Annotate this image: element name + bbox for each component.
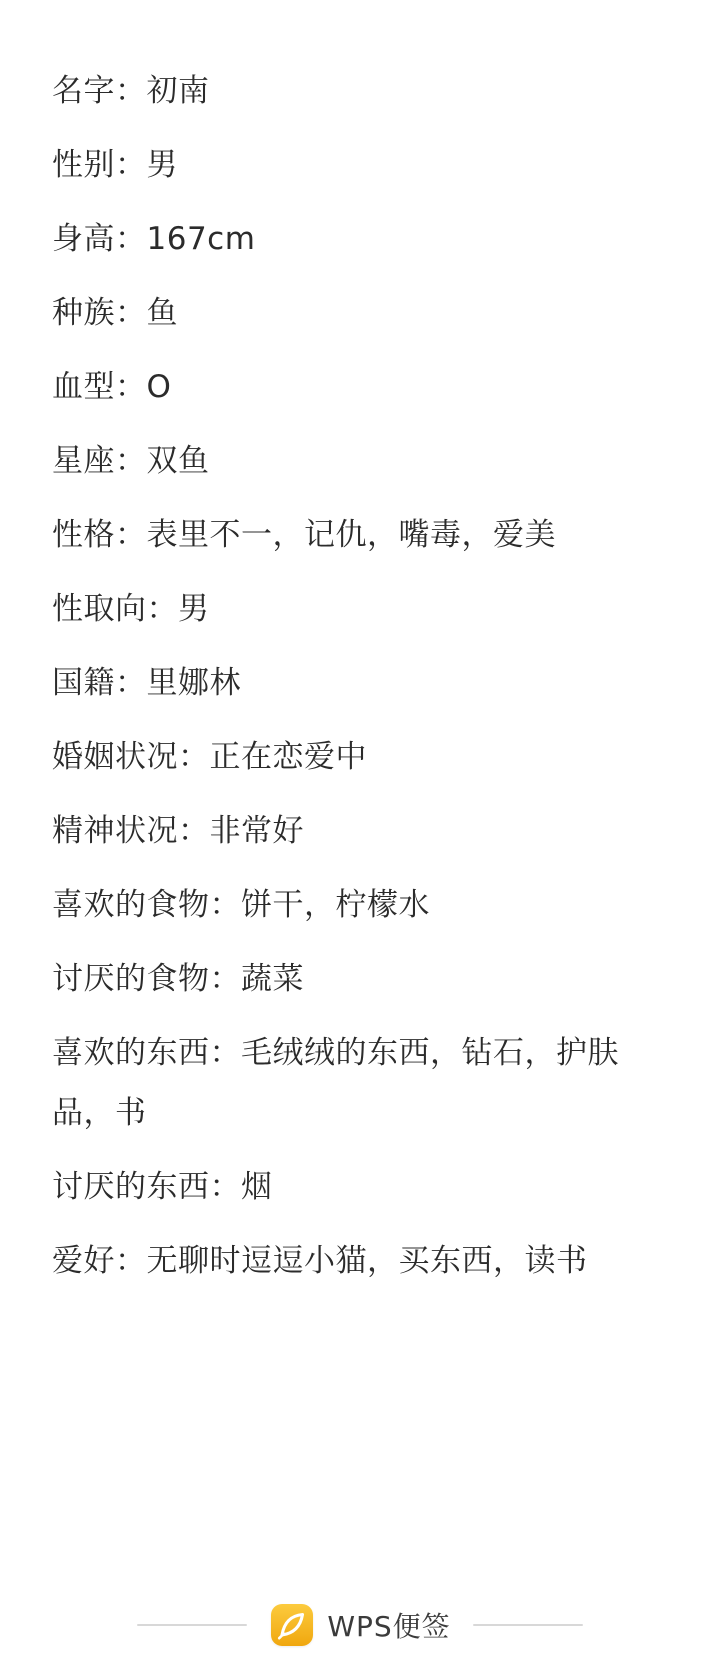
field-colon: ： [115, 1243, 147, 1279]
field-value: 烟 [241, 1169, 273, 1205]
footer-brand-bar: WPS便签 [0, 1602, 720, 1648]
note-share-card: 名字：初南 性别：男 身高：167cm 种族：鱼 血型：O 星座：双鱼 性格：表… [0, 0, 720, 1680]
note-field: 星座：双鱼 [52, 431, 642, 491]
field-value: 无聊时逗逗小猫，买东西，读书 [147, 1243, 588, 1279]
field-colon: ： [178, 813, 210, 849]
note-field: 讨厌的东西：烟 [52, 1157, 642, 1217]
field-label: 精神状况 [52, 813, 178, 849]
field-label: 婚姻状况 [52, 739, 178, 775]
note-field: 血型：O [52, 357, 642, 417]
field-value: 饼干，柠檬水 [241, 887, 430, 923]
note-field: 爱好：无聊时逗逗小猫，买东西，读书 [52, 1231, 642, 1291]
field-colon: ： [115, 147, 147, 183]
field-colon: ： [115, 517, 147, 553]
field-label: 性别 [52, 147, 115, 183]
field-value: 非常好 [210, 813, 305, 849]
field-label: 性取向 [52, 591, 147, 627]
field-colon: ： [115, 295, 147, 331]
wps-notes-leaf-icon [271, 1604, 313, 1646]
field-colon: ： [115, 443, 147, 479]
field-label: 血型 [52, 369, 115, 405]
note-content: 名字：初南 性别：男 身高：167cm 种族：鱼 血型：O 星座：双鱼 性格：表… [52, 61, 642, 1305]
note-field: 国籍：里娜林 [52, 653, 642, 713]
field-value: O [147, 369, 172, 405]
field-value: 男 [178, 591, 210, 627]
note-field-list: 名字：初南 性别：男 身高：167cm 种族：鱼 血型：O 星座：双鱼 性格：表… [52, 61, 642, 1291]
brand-name: WPS便签 [327, 1605, 450, 1645]
field-label: 爱好 [52, 1243, 115, 1279]
right-divider-line [473, 1624, 583, 1626]
field-label: 喜欢的食物 [52, 887, 210, 923]
note-field: 性别：男 [52, 135, 642, 195]
field-value: 167cm [147, 221, 256, 257]
field-value: 表里不一，记仇，嘴毒，爱美 [147, 517, 557, 553]
note-field: 性格：表里不一，记仇，嘴毒，爱美 [52, 505, 642, 565]
field-value: 双鱼 [147, 443, 210, 479]
field-colon: ： [115, 221, 147, 257]
field-colon: ： [115, 665, 147, 701]
field-colon: ： [178, 739, 210, 775]
note-field: 身高：167cm [52, 209, 642, 269]
field-label: 性格 [52, 517, 115, 553]
field-label: 讨厌的东西 [52, 1169, 210, 1205]
field-colon: ： [210, 961, 242, 997]
field-value: 蔬菜 [241, 961, 304, 997]
field-label: 身高 [52, 221, 115, 257]
note-field: 喜欢的食物：饼干，柠檬水 [52, 875, 642, 935]
field-colon: ： [115, 369, 147, 405]
field-label: 国籍 [52, 665, 115, 701]
note-field: 婚姻状况：正在恋爱中 [52, 727, 642, 787]
field-value: 鱼 [147, 295, 179, 331]
field-colon: ： [147, 591, 179, 627]
field-label: 讨厌的食物 [52, 961, 210, 997]
note-field: 名字：初南 [52, 61, 642, 121]
left-divider-line [137, 1624, 247, 1626]
field-value: 里娜林 [147, 665, 242, 701]
note-field: 性取向：男 [52, 579, 642, 639]
note-field: 种族：鱼 [52, 283, 642, 343]
field-value: 男 [147, 147, 179, 183]
field-value: 正在恋爱中 [210, 739, 368, 775]
field-colon: ： [115, 73, 147, 109]
field-colon: ： [210, 1169, 242, 1205]
field-label: 星座 [52, 443, 115, 479]
note-field: 喜欢的东西：毛绒绒的东西，钻石，护肤品，书 [52, 1023, 642, 1143]
field-colon: ： [210, 887, 242, 923]
note-field: 讨厌的食物：蔬菜 [52, 949, 642, 1009]
field-label: 喜欢的东西 [52, 1035, 210, 1071]
field-label: 种族 [52, 295, 115, 331]
field-label: 名字 [52, 73, 115, 109]
field-value: 初南 [147, 73, 210, 109]
note-field: 精神状况：非常好 [52, 801, 642, 861]
field-colon: ： [210, 1035, 242, 1071]
